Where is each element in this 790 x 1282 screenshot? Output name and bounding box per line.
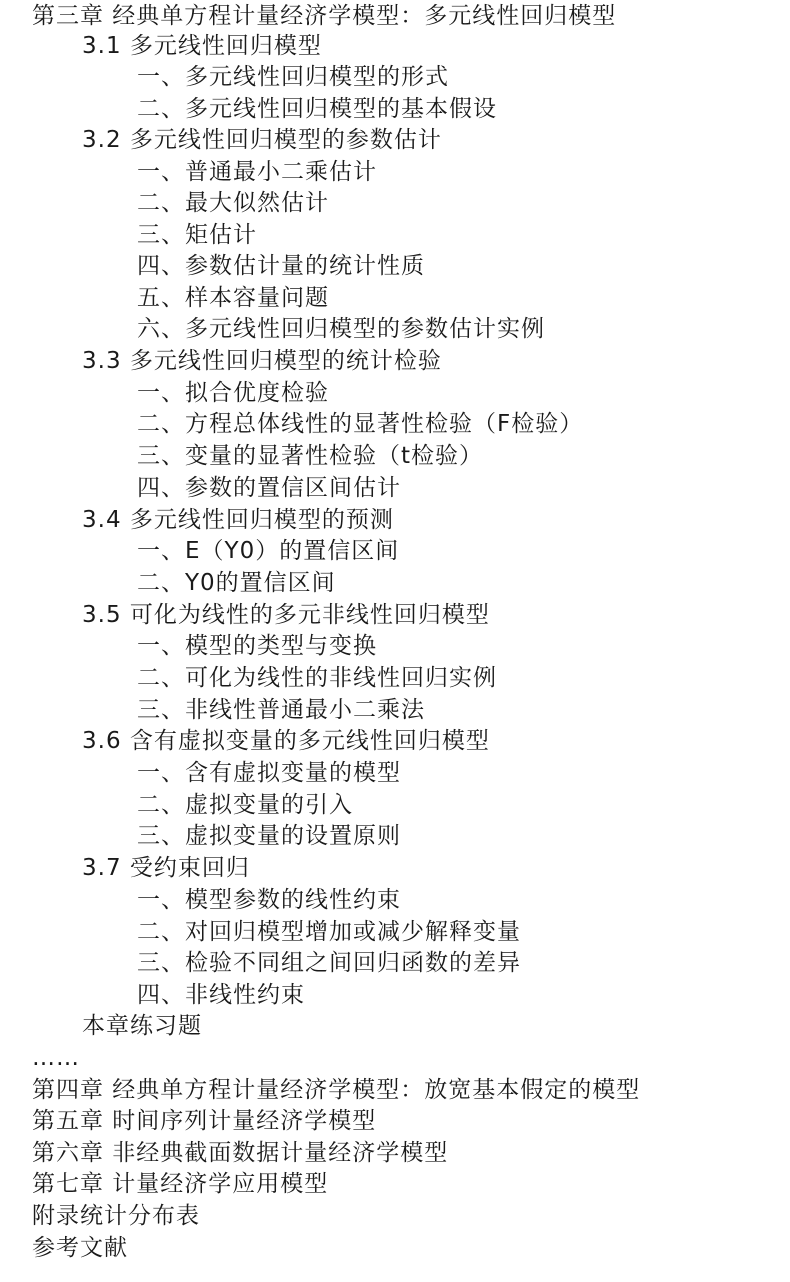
toc-chapter: 附录统计分布表	[32, 1200, 200, 1232]
toc-subsection: 一、含有虚拟变量的模型	[137, 757, 401, 789]
toc-chapter: 第五章 时间序列计量经济学模型	[32, 1105, 376, 1137]
toc-chapter: 参考文献	[32, 1232, 128, 1264]
toc-subsection: 五、样本容量问题	[137, 282, 329, 314]
toc-subsection: 六、多元线性回归模型的参数估计实例	[137, 313, 545, 345]
toc-section: 3.2 多元线性回归模型的参数估计	[82, 124, 442, 156]
toc-section: 3.4 多元线性回归模型的预测	[82, 504, 394, 536]
toc-subsection: 一、拟合优度检验	[137, 377, 329, 409]
toc-subsection: 四、参数估计量的统计性质	[137, 250, 425, 282]
toc-subsection: 三、检验不同组之间回归函数的差异	[137, 947, 521, 979]
toc-subsection: 四、非线性约束	[137, 979, 305, 1011]
toc-section: 3.5 可化为线性的多元非线性回归模型	[82, 599, 490, 631]
toc-chapter: 第四章 经典单方程计量经济学模型：放宽基本假定的模型	[32, 1074, 640, 1106]
toc-subsection: 二、方程总体线性的显著性检验（F检验）	[137, 408, 583, 440]
toc-chapter: ……	[32, 1042, 80, 1074]
toc-section: 3.6 含有虚拟变量的多元线性回归模型	[82, 725, 490, 757]
toc-subsection: 四、参数的置信区间估计	[137, 472, 401, 504]
toc-subsection: 一、E（Y0）的置信区间	[137, 535, 399, 567]
toc-subsection: 三、变量的显著性检验（t检验）	[137, 440, 483, 472]
toc-subsection: 一、模型的类型与变换	[137, 630, 377, 662]
toc-subsection: 三、虚拟变量的设置原则	[137, 820, 401, 852]
toc-subsection: 二、对回归模型增加或减少解释变量	[137, 916, 521, 948]
toc-section: 3.1 多元线性回归模型	[82, 30, 322, 62]
toc-section: 3.7 受约束回归	[82, 852, 250, 884]
toc-subsection: 三、矩估计	[137, 219, 257, 251]
toc-chapter: 第六章 非经典截面数据计量经济学模型	[32, 1137, 448, 1169]
toc-subsection: 一、普通最小二乘估计	[137, 156, 377, 188]
toc-subsection: 三、非线性普通最小二乘法	[137, 694, 425, 726]
toc-subsection: 一、模型参数的线性约束	[137, 884, 401, 916]
toc-section: 本章练习题	[82, 1010, 202, 1042]
toc-subsection: 二、可化为线性的非线性回归实例	[137, 662, 497, 694]
toc-subsection: 二、最大似然估计	[137, 187, 329, 219]
toc-subsection: 二、多元线性回归模型的基本假设	[137, 93, 497, 125]
toc-subsection: 二、Y0的置信区间	[137, 567, 336, 599]
toc-chapter: 第七章 计量经济学应用模型	[32, 1168, 328, 1200]
toc-subsection: 二、虚拟变量的引入	[137, 789, 353, 821]
toc-section: 3.3 多元线性回归模型的统计检验	[82, 345, 442, 377]
toc-subsection: 一、多元线性回归模型的形式	[137, 61, 449, 93]
toc-chapter: 第三章 经典单方程计量经济学模型：多元线性回归模型	[32, 0, 616, 32]
